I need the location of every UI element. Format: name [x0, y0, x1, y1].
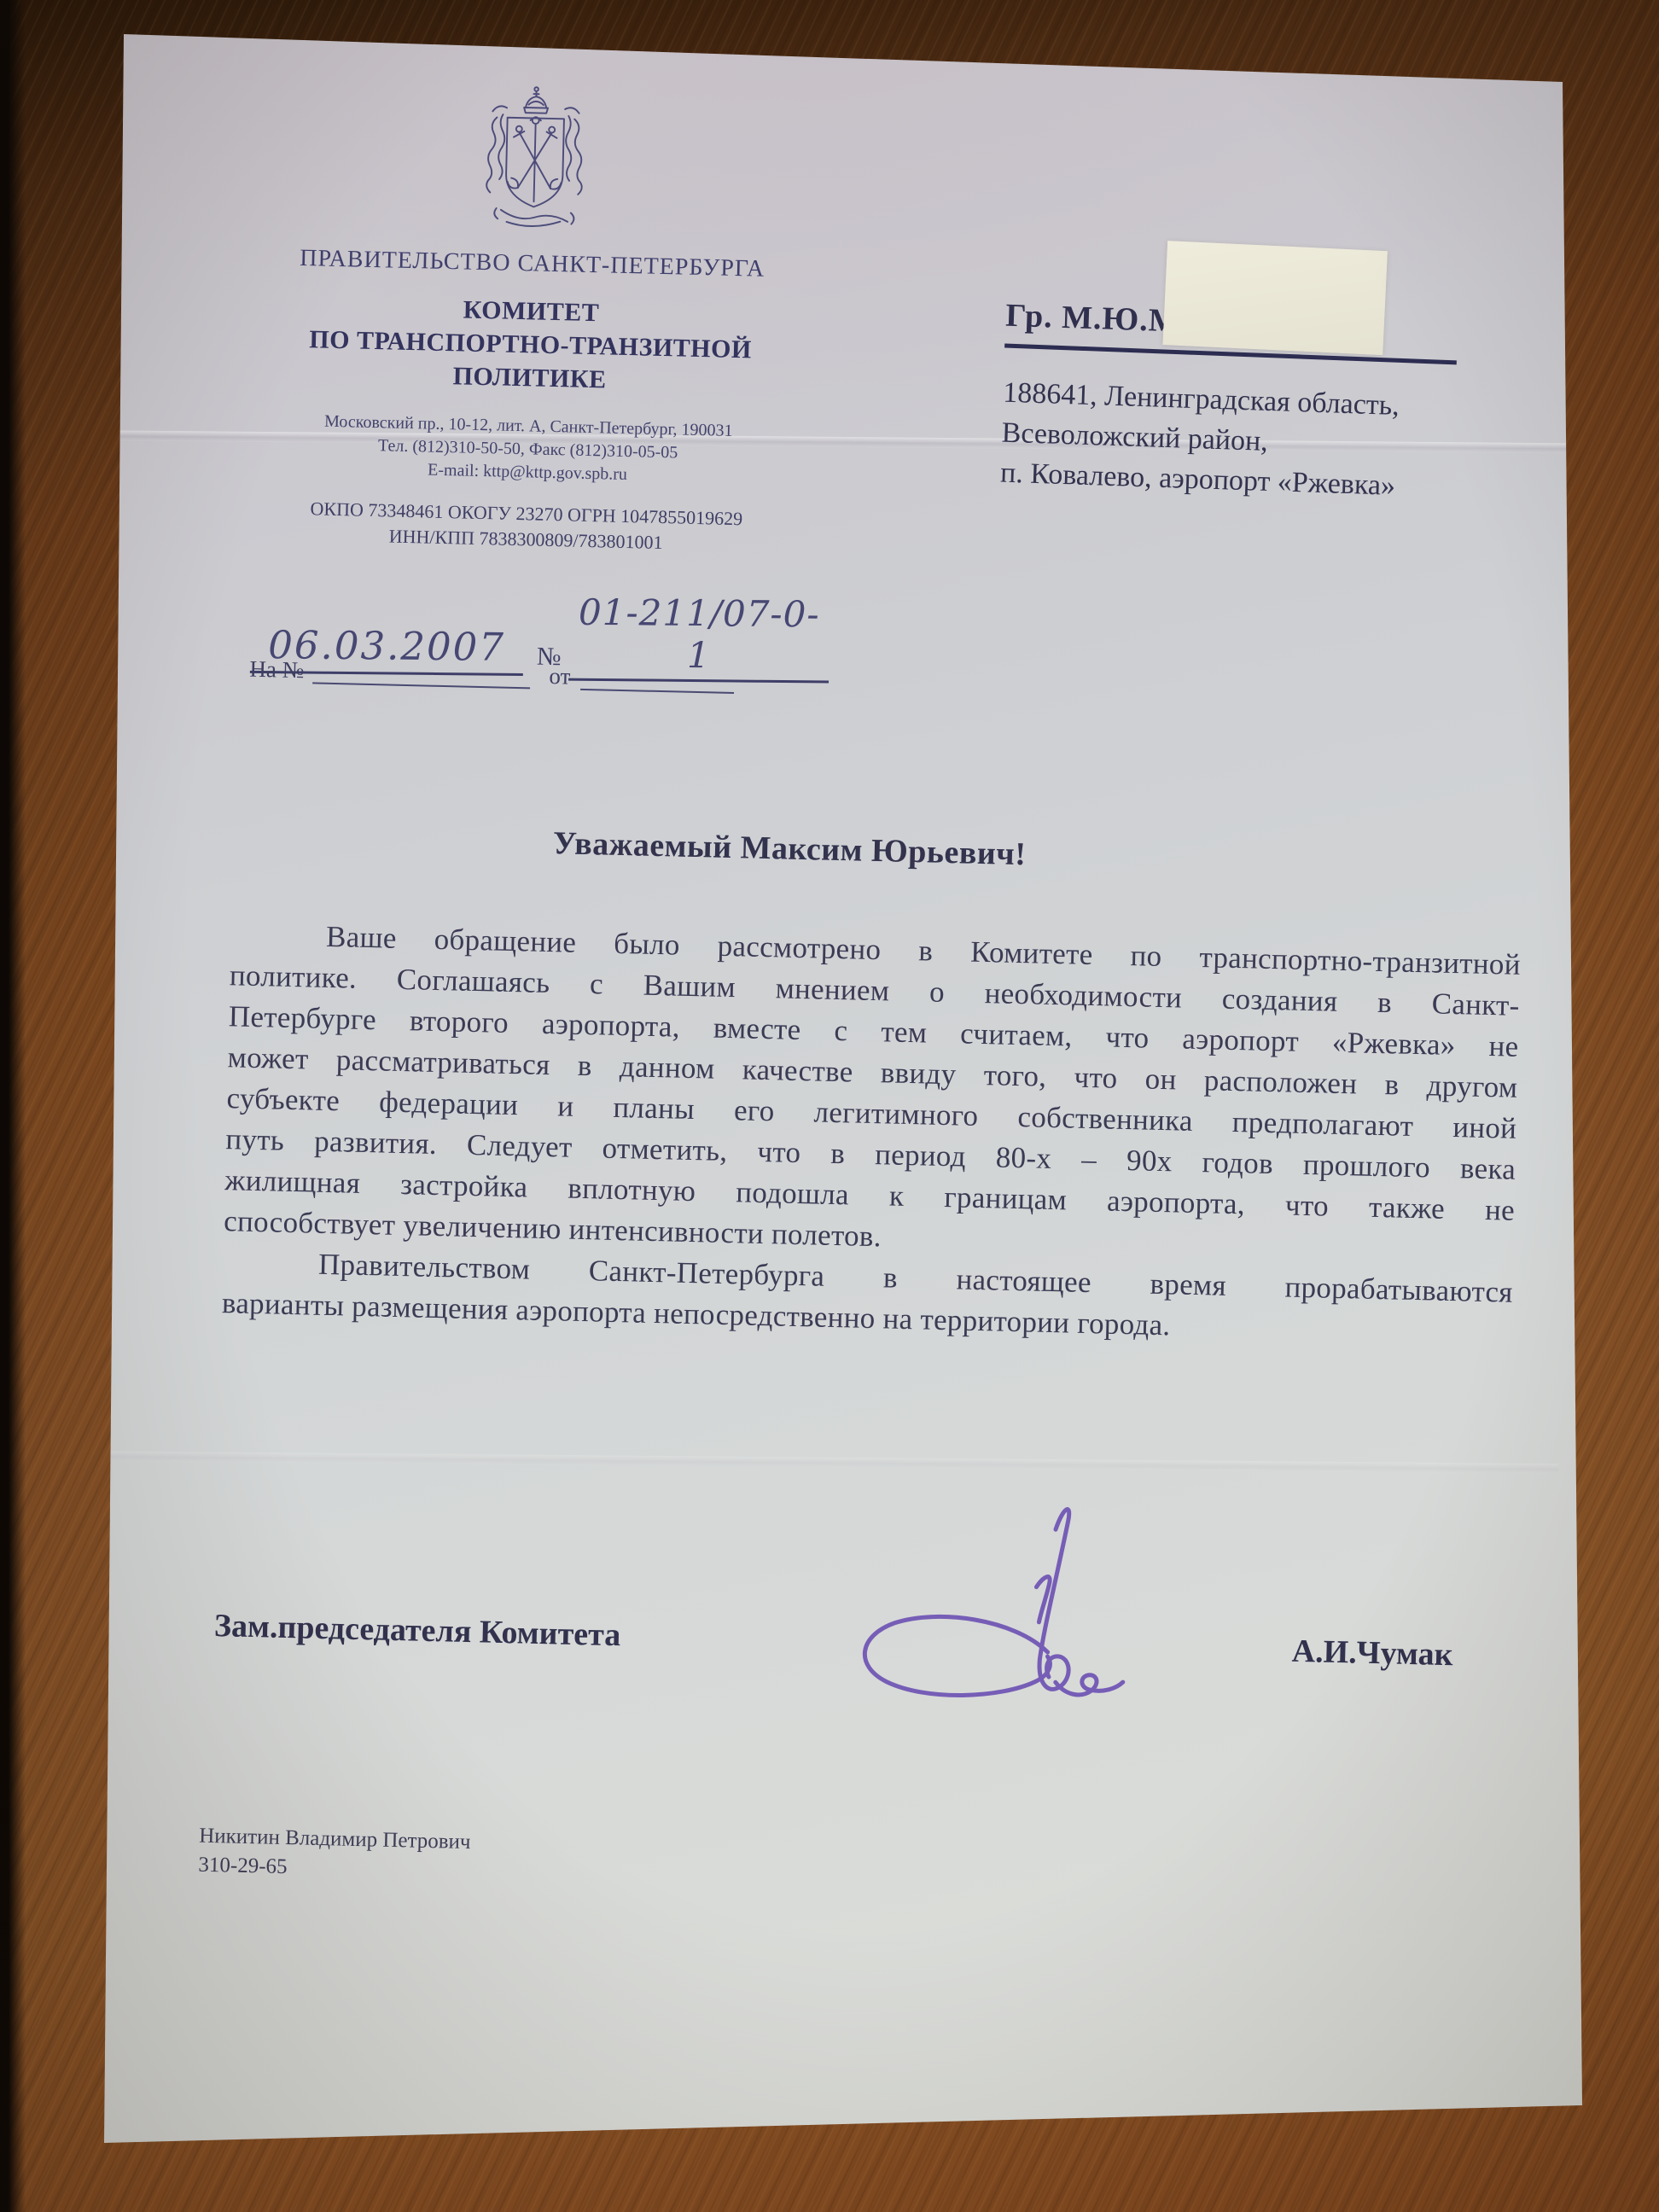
recipient-block: Гр. М.Ю.М 188641, Ленинградская область,… — [999, 282, 1501, 509]
government-title: ПРАВИТЕЛЬСТВО САНКТ-ПЕТЕРБУРГА — [293, 245, 771, 283]
letterhead-address: Московский пр., 10-12, лит. А, Санкт-Пет… — [288, 410, 768, 490]
recipient-address: 188641, Ленинградская область, Всеволожс… — [999, 373, 1498, 509]
signatory-name: А.И.Чумак — [1291, 1633, 1453, 1674]
desk-surface: ПРАВИТЕЛЬСТВО САНКТ-ПЕТЕРБУРГА КОМИТЕТ П… — [0, 0, 1659, 2212]
letter-content: ПРАВИТЕЛЬСТВО САНКТ-ПЕТЕРБУРГА КОМИТЕТ П… — [75, 34, 1566, 2141]
redaction-sticker — [1162, 241, 1387, 355]
reply-to-label: На № — [249, 656, 305, 684]
letter-body: Ваше обращение было рассмотрено в Комите… — [221, 914, 1521, 1353]
reply-from-label: от — [549, 663, 571, 690]
letterhead: ПРАВИТЕЛЬСТВО САНКТ-ПЕТЕРБУРГА КОМИТЕТ П… — [287, 73, 776, 558]
desk-shadow-edge — [0, 0, 26, 2212]
saint-petersburg-coat-of-arms-icon — [457, 76, 612, 243]
reference-blank-line — [580, 661, 735, 694]
letterhead-registry-codes: ОКПО 73348461 ОКОГУ 23270 ОГРН 104785501… — [287, 496, 765, 558]
paper-fold-crease — [73, 1451, 1558, 1474]
contact-block: Никитин Владимир Петрович 310-29-65 — [198, 1822, 471, 1886]
handwritten-signature — [830, 1478, 1208, 1755]
reference-blank-line — [312, 655, 531, 689]
signatory-title: Зам.председателя Комитета — [214, 1607, 621, 1654]
committee-name: КОМИТЕТ ПО ТРАНСПОРТНО-ТРАНЗИТНОЙ ПОЛИТИ… — [290, 289, 771, 400]
letter-sheet: ПРАВИТЕЛЬСТВО САНКТ-ПЕТЕРБУРГА КОМИТЕТ П… — [0, 0, 1659, 2212]
salutation: Уважаемый Максим Юрьевич! — [232, 817, 1347, 881]
